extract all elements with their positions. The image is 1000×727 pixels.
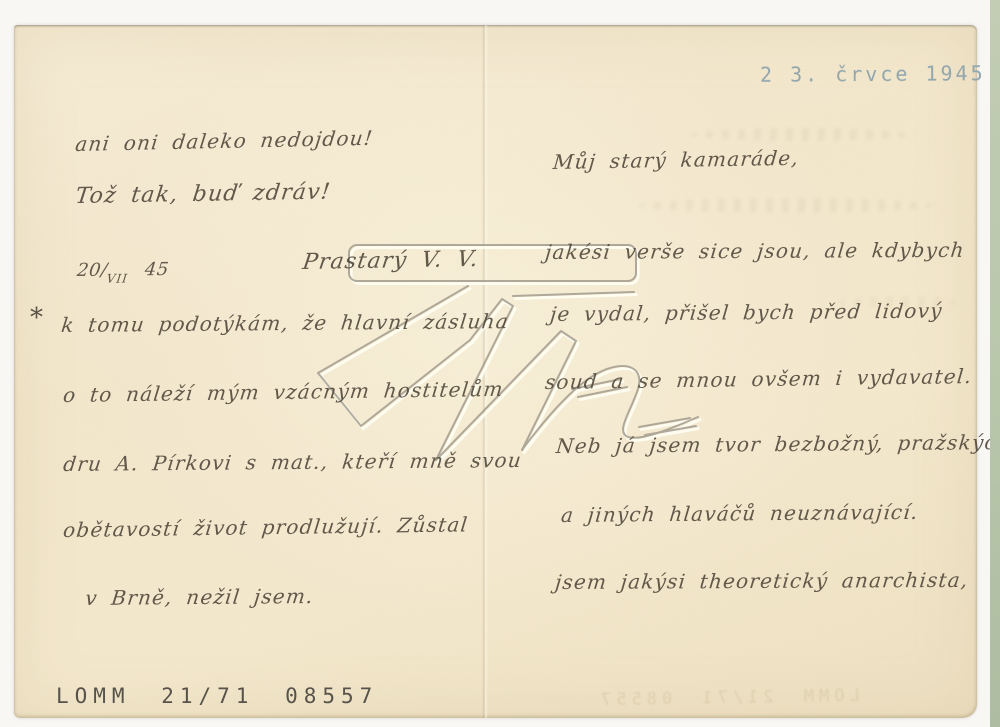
handwritten-line: k tomu podotýkám, že hlavní zásluha	[60, 309, 510, 337]
salutation-line: Můj starý kamaráde,	[552, 146, 800, 174]
scanner-edge-strip	[990, 0, 1000, 727]
handwritten-line: Neb já jsem tvor bezbožný, pražských	[555, 430, 1000, 458]
handwritten-line: jakési verše sice jsou, ale kdybych	[544, 238, 966, 264]
handwritten-line: je vydal, přišel bych před lidový	[549, 299, 944, 326]
date-received-stamp: 2 3. črvce 1945	[760, 61, 986, 87]
date-year: 45	[144, 259, 170, 280]
signature: Prastarý V. V.	[301, 247, 480, 275]
center-fold-crease	[482, 25, 488, 718]
handwritten-date: 20/VII45	[76, 259, 170, 281]
letter-scan: 2 3. črvce 1945 LOMM 21/71 08557 LOMM 21…	[0, 0, 1000, 727]
handwritten-line: v Brně, nežil jsem.	[84, 584, 315, 610]
handwritten-line: Tož tak, buď zdráv!	[74, 180, 332, 209]
handwritten-line: a jiných hlaváčů neuznávající.	[560, 500, 920, 527]
handwritten-line: jsem jakýsi theoretický anarchista,	[554, 568, 970, 594]
date-month: VII	[106, 271, 129, 285]
date-day: 20/	[76, 260, 109, 281]
archive-inventory-stamp: LOMM 21/71 08557	[56, 684, 378, 708]
asterisk-margin-mark: *	[30, 303, 43, 333]
handwritten-line: dru A. Pírkovi s mat., kteří mně svou	[62, 448, 523, 476]
